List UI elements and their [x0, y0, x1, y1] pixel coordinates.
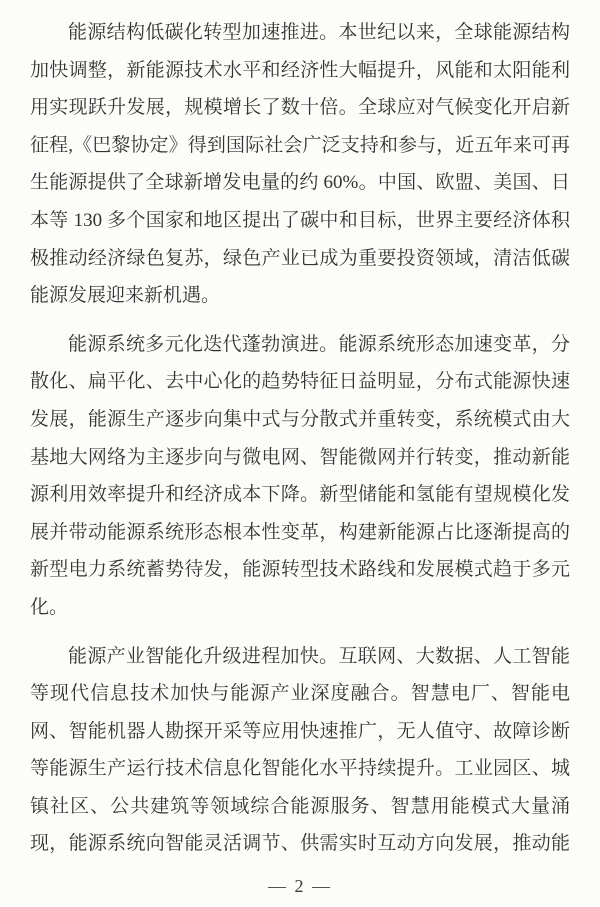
text-line: 征程,《巴黎协定》得到国际社会广泛支持和参与，近五年来可再 [30, 127, 570, 165]
text-line: 用实现跃升发展，规模增长了数十倍。全球应对气候变化开启新 [30, 89, 570, 127]
line-text: 互联网、大数据、人工智能 [338, 646, 570, 667]
text-line: 基地大网络为主逐步向与微电网、智能微网并行转变，推动新能 [30, 439, 570, 477]
text-line: 等现代信息技术加快与能源产业深度融合。智慧电厂、智能电 [30, 675, 570, 713]
paragraph-2: 能源系统多元化迭代蓬勃演进。能源系统形态加速变革，分 散化、扁平化、去中心化的趋… [30, 326, 570, 627]
text-line: 本等 130 多个国家和地区提出了碳中和目标，世界主要经济体积 [30, 202, 570, 240]
line-text: 本世纪以来，全球能源结构 [338, 22, 570, 43]
text-line: 镇社区、公共建筑等领域综合能源服务、智慧用能模式大量涌 [30, 788, 570, 826]
paragraph-1: 能源结构低碳化转型加速推进。本世纪以来，全球能源结构 加快调整，新能源技术水平和… [30, 14, 570, 315]
text-line: 能源产业智能化升级进程加快。互联网、大数据、人工智能 [30, 638, 570, 676]
text-line: 散化、扁平化、去中心化的趋势特征日益明显，分布式能源快速 [30, 363, 570, 401]
text-line: 现，能源系统向智能灵活调节、供需实时互动方向发展，推动能 [30, 825, 570, 863]
text-line: 源利用效率提升和经济成本下降。新型储能和氢能有望规模化发 [30, 476, 570, 514]
document-page: 能源结构低碳化转型加速推进。本世纪以来，全球能源结构 加快调整，新能源技术水平和… [0, 0, 600, 907]
text-line: 加快调整，新能源技术水平和经济性大幅提升，风能和太阳能利 [30, 52, 570, 90]
text-line: 化。 [30, 589, 570, 627]
text-line: 能源系统多元化迭代蓬勃演进。能源系统形态加速变革，分 [30, 326, 570, 364]
text-line: 生能源提供了全球新增发电量的约 60%。中国、欧盟、美国、日 [30, 164, 570, 202]
text-line: 能源结构低碳化转型加速推进。本世纪以来，全球能源结构 [30, 14, 570, 52]
paragraph-lead: 能源结构低碳化转型加速推进。 [68, 22, 338, 43]
text-line: 发展，能源生产逐步向集中式与分散式并重转变，系统模式由大 [30, 401, 570, 439]
text-line: 网、智能机器人勘探开采等应用快速推广，无人值守、故障诊断 [30, 713, 570, 751]
text-line: 能源发展迎来新机遇。 [30, 277, 570, 315]
paragraph-lead: 能源系统多元化迭代蓬勃演进。 [68, 334, 338, 355]
text-line: 极推动经济绿色复苏，绿色产业已成为重要投资领域，清洁低碳 [30, 240, 570, 278]
paragraph-lead: 能源产业智能化升级进程加快。 [68, 646, 338, 667]
paragraph-3: 能源产业智能化升级进程加快。互联网、大数据、人工智能 等现代信息技术加快与能源产… [30, 638, 570, 864]
text-line: 新型电力系统蓄势待发，能源转型技术路线和发展模式趋于多元 [30, 551, 570, 589]
text-line: 展并带动能源系统形态根本性变革，构建新能源占比逐渐提高的 [30, 514, 570, 552]
text-line: 等能源生产运行技术信息化智能化水平持续提升。工业园区、城 [30, 750, 570, 788]
page-number: — 2 — [0, 876, 600, 897]
line-text: 能源系统形态加速变革，分 [338, 334, 570, 355]
